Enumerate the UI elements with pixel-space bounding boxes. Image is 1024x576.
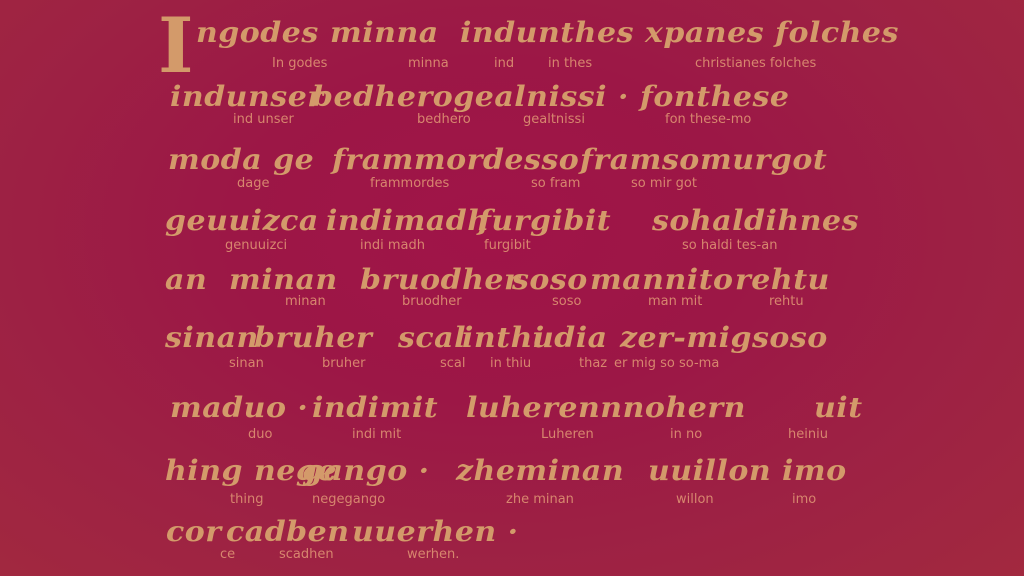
- gloss-word: sinan: [229, 356, 264, 371]
- script-word: geuuizca: [165, 205, 319, 237]
- script-word: framso: [580, 144, 700, 176]
- script-word: udia: [532, 322, 608, 354]
- gloss-word: scadhen: [279, 547, 334, 562]
- script-word: ngodes: [196, 17, 319, 49]
- script-word: uit: [814, 392, 863, 424]
- gloss-word: scal: [440, 356, 466, 371]
- script-word: indimadh: [326, 205, 490, 237]
- script-word: maduo ·: [170, 392, 308, 424]
- script-word: xpanes folches: [645, 17, 899, 49]
- script-word: furgibit: [478, 205, 611, 237]
- gloss-word: duo: [248, 427, 272, 442]
- gloss-word: genuuizci: [225, 238, 287, 253]
- gloss-word: in thes: [548, 56, 592, 71]
- gloss-word: bruher: [322, 356, 365, 371]
- decorated-initial: I: [158, 8, 194, 84]
- gloss-word: Luheren: [541, 427, 594, 442]
- script-word: sohaldihnes: [652, 205, 859, 237]
- gloss-word: dage: [237, 176, 269, 191]
- script-word: bruher: [254, 322, 372, 354]
- gloss-word: bruodher: [402, 294, 462, 309]
- script-word: mannito: [590, 264, 734, 296]
- script-word: minna: [330, 17, 439, 49]
- script-word: bedherogealnissi ·: [312, 81, 629, 113]
- script-word: scal: [398, 322, 466, 354]
- script-word: bruodher: [360, 264, 520, 296]
- script-word: rehtu: [735, 264, 830, 296]
- script-word: an: [165, 264, 207, 296]
- gloss-word: man mit: [648, 294, 702, 309]
- gloss-word: in thiu: [490, 356, 531, 371]
- gloss-word: minan: [285, 294, 326, 309]
- script-word: cor: [166, 516, 222, 548]
- script-word: zheminan: [456, 455, 624, 487]
- gloss-word: er mig so so-ma: [614, 356, 719, 371]
- manuscript-page: I ngodesminnaindunthesxpanes folchesIn g…: [0, 0, 1024, 576]
- gloss-word: negegango: [312, 492, 385, 507]
- gloss-word: soso: [552, 294, 581, 309]
- script-word: indunthes: [460, 17, 634, 49]
- gloss-word: bedhero: [417, 112, 471, 127]
- gloss-word: thaz: [579, 356, 607, 371]
- script-word: fonthese: [640, 81, 789, 113]
- gloss-word: willon: [676, 492, 714, 507]
- script-word: sinan: [165, 322, 259, 354]
- gloss-word: ind unser: [233, 112, 294, 127]
- gloss-word: ce: [220, 547, 235, 562]
- gloss-word: ind: [494, 56, 514, 71]
- gloss-word: heiniu: [788, 427, 828, 442]
- gloss-word: fon these-mo: [665, 112, 751, 127]
- gloss-word: minna: [408, 56, 449, 71]
- gloss-word: werhen.: [407, 547, 459, 562]
- script-word: luherennnohern: [466, 392, 746, 424]
- gloss-word: thing: [230, 492, 263, 507]
- script-word: uuerhen ·: [352, 516, 519, 548]
- script-word: uuillon: [648, 455, 771, 487]
- gloss-word: so fram: [531, 176, 580, 191]
- gloss-word: In godes: [272, 56, 327, 71]
- gloss-word: in no: [670, 427, 702, 442]
- gloss-word: so haldi tes-an: [682, 238, 777, 253]
- gloss-word: indi mit: [352, 427, 401, 442]
- script-word: cadben: [226, 516, 350, 548]
- gloss-word: gealtnissi: [523, 112, 585, 127]
- script-word: murgot: [700, 144, 827, 176]
- script-word: zer-migsoso: [620, 322, 828, 354]
- gloss-word: zhe minan: [506, 492, 574, 507]
- gloss-word: imo: [792, 492, 816, 507]
- script-word: imo: [782, 455, 847, 487]
- gloss-word: furgibit: [484, 238, 531, 253]
- script-word: minan: [229, 264, 338, 296]
- gloss-word: rehtu: [769, 294, 804, 309]
- script-word: moda ge: [168, 144, 314, 176]
- script-word: frammordesso: [332, 144, 579, 176]
- script-word: indunser: [170, 81, 324, 113]
- gloss-word: frammordes: [370, 176, 449, 191]
- script-word: gango ·: [302, 455, 430, 487]
- script-word: soso: [512, 264, 588, 296]
- gloss-word: so mir got: [631, 176, 697, 191]
- gloss-word: christianes folches: [695, 56, 816, 71]
- script-word: indimit: [312, 392, 438, 424]
- gloss-word: indi madh: [360, 238, 425, 253]
